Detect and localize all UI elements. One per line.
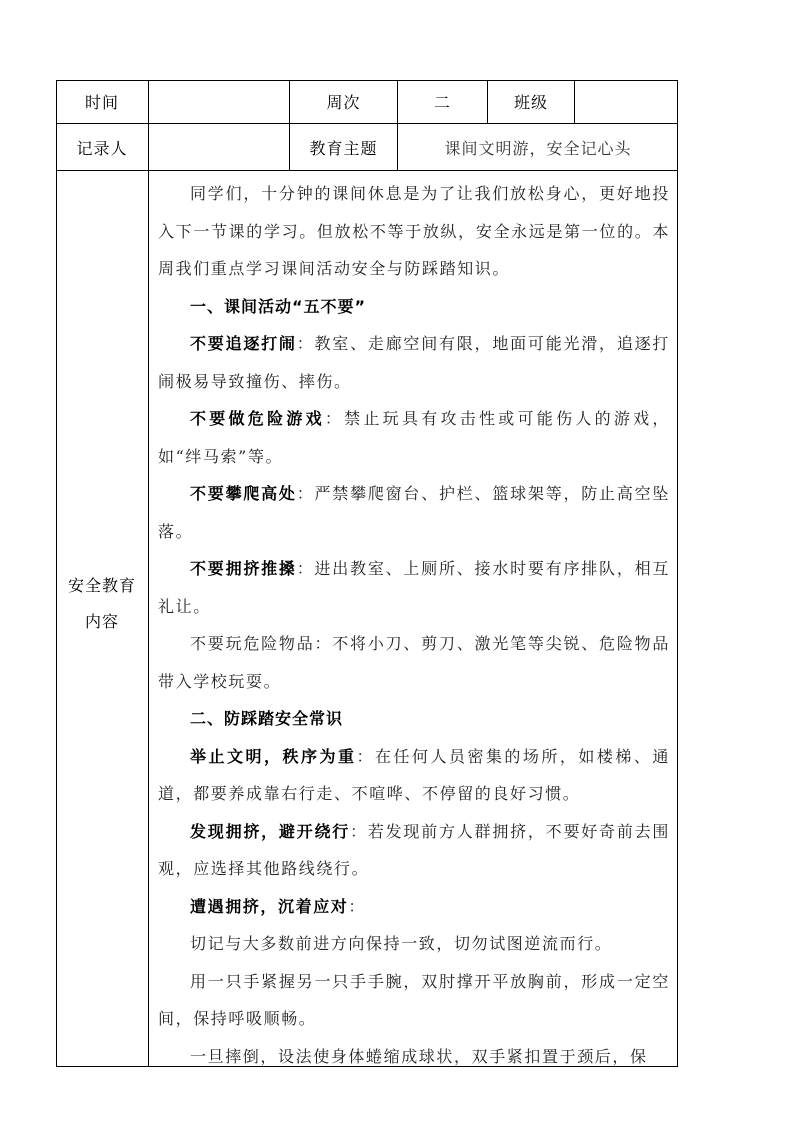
crowd-tip: 用一只手紧握另一只手手腕，双肘撑开平放胸前，形成一定空间，保持呼吸顺畅。 <box>158 963 670 1038</box>
crowd-tip: 一旦摔倒，设法使身体蜷缩成球状，双手紧扣置于颈后，保 <box>158 1038 670 1076</box>
section-label-line2: 内容 <box>56 604 148 640</box>
rule-title: 不要做危险游戏 <box>190 409 325 428</box>
class-value[interactable] <box>575 80 678 123</box>
rule-title: 不要攀爬高处 <box>190 484 297 503</box>
recorder-label: 记录人 <box>56 124 148 170</box>
tip-title: 遭遇拥挤，沉着应对 <box>190 897 348 916</box>
recorder-value[interactable] <box>149 124 289 170</box>
theme-value[interactable]: 课间文明游，安全记心头 <box>398 124 678 170</box>
rule-item: 不要攀爬高处：严禁攀爬窗台、护栏、篮球架等，防止高空坠落。 <box>158 475 670 550</box>
part1-heading: 一、课间活动“五不要” <box>158 288 670 326</box>
tip-item: 遭遇拥挤，沉着应对： <box>158 888 670 926</box>
time-value[interactable] <box>149 80 289 123</box>
intro-paragraph: 同学们，十分钟的课间休息是为了让我们放松身心，更好地投入下一节课的学习。但放松不… <box>158 175 670 288</box>
tip-title: 举止文明，秩序为重 <box>190 747 356 766</box>
theme-label: 教育主题 <box>290 124 397 170</box>
tip-title: 发现拥挤，避开绕行 <box>190 822 350 841</box>
class-label: 班级 <box>488 80 574 123</box>
safety-content: 同学们，十分钟的课间休息是为了让我们放松身心，更好地投入下一节课的学习。但放松不… <box>148 170 678 1075</box>
section-label: 安全教育 内容 <box>56 568 148 640</box>
crowd-tip: 切记与大多数前进方向保持一致，切勿试图逆流而行。 <box>158 925 670 963</box>
week-label: 周次 <box>290 80 397 123</box>
rule-item: 不要做危险游戏：禁止玩具有攻击性或可能伤人的游戏，如“绊马索”等。 <box>158 400 670 475</box>
rule-text: 不要玩危险物品：不将小刀、剪刀、激光笔等尖锐、危险物品带入学校玩耍。 <box>158 634 670 691</box>
tip-text: ： <box>348 897 366 916</box>
tip-item: 举止文明，秩序为重：在任何人员密集的场所，如楼梯、通道，都要养成靠右行走、不喧哗… <box>158 738 670 813</box>
tip-item: 发现拥挤，避开绕行：若发现前方人群拥挤，不要好奇前去围观，应选择其他路线绕行。 <box>158 813 670 888</box>
rule-item: 不要追逐打闹：教室、走廊空间有限，地面可能光滑，追逐打闹极易导致撞伤、摔伤。 <box>158 325 670 400</box>
rule-item: 不要玩危险物品：不将小刀、剪刀、激光笔等尖锐、危险物品带入学校玩耍。 <box>158 625 670 700</box>
rule-title: 不要拥挤推搡 <box>190 559 297 578</box>
part2-heading: 二、防踩踏安全常识 <box>158 700 670 738</box>
rule-item: 不要拥挤推搡：进出教室、上厕所、接水时要有序排队，相互礼让。 <box>158 550 670 625</box>
section-label-line1: 安全教育 <box>56 568 148 604</box>
rule-title: 不要追逐打闹 <box>190 334 297 353</box>
week-value[interactable]: 二 <box>398 80 487 123</box>
time-label: 时间 <box>56 80 148 123</box>
